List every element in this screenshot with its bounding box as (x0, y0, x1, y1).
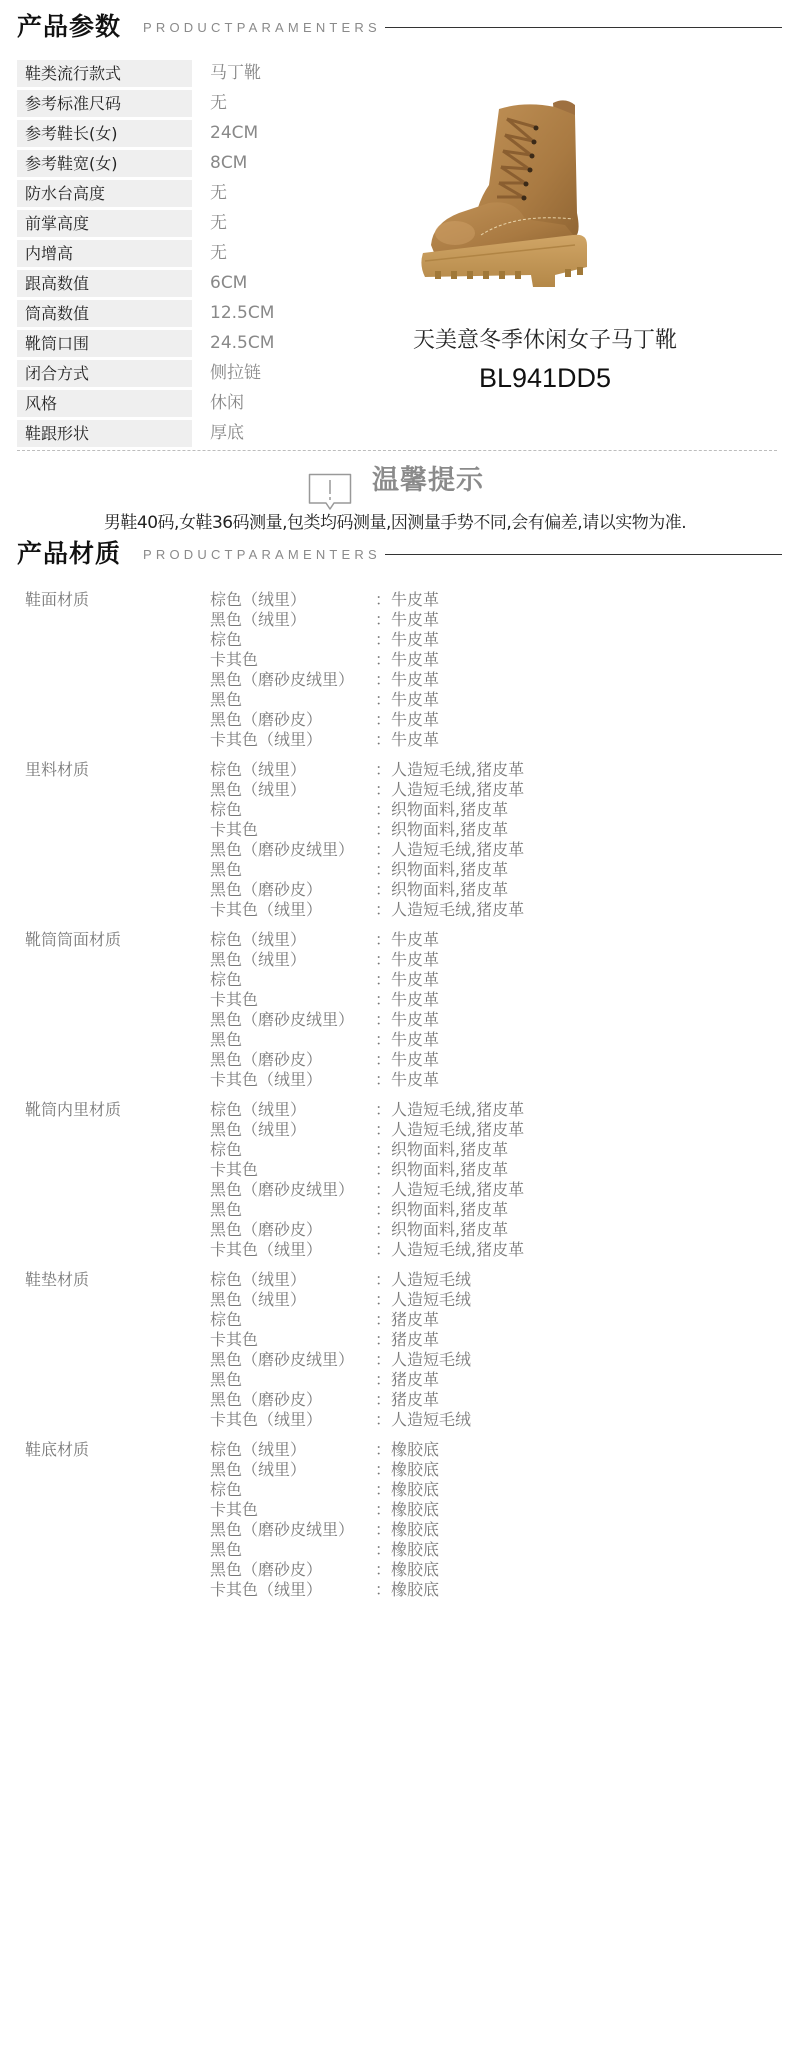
material-group: 鞋面材质棕色（绒里）：牛皮革黑色（绒里）：牛皮革棕色：牛皮革卡其色：牛皮革黑色（… (25, 590, 765, 760)
material-line: 黑色（绒里）：牛皮革 (210, 950, 439, 970)
param-label: 闭合方式 (17, 360, 192, 387)
material-line: 卡其色（绒里）：牛皮革 (210, 730, 439, 750)
material-lines: 棕色（绒里）：人造短毛绒黑色（绒里）：人造短毛绒棕色：猪皮革卡其色：猪皮革黑色（… (210, 1270, 471, 1440)
material-value: ：织物面料,猪皮革 (375, 820, 508, 840)
material-color: 黑色 (210, 690, 375, 710)
exclamation-speech-bubble-icon (308, 473, 352, 511)
material-group: 里料材质棕色（绒里）：人造短毛绒,猪皮革黑色（绒里）：人造短毛绒,猪皮革棕色：织… (25, 760, 765, 930)
material-color: 黑色 (210, 860, 375, 880)
material-value: ：橡胶底 (375, 1500, 439, 1520)
material-color: 卡其色 (210, 1500, 375, 1520)
material-line: 黑色：牛皮革 (210, 1030, 439, 1050)
material-value: ：牛皮革 (375, 1070, 439, 1090)
material-value: ：人造短毛绒,猪皮革 (375, 1100, 524, 1120)
material-group: 靴筒筒面材质棕色（绒里）：牛皮革黑色（绒里）：牛皮革棕色：牛皮革卡其色：牛皮革黑… (25, 930, 765, 1100)
param-value: 12.5CM (192, 300, 274, 327)
material-color: 卡其色 (210, 990, 375, 1010)
param-row: 参考标准尺码无 (17, 90, 417, 117)
materials-section-title: 产品材质 (17, 539, 121, 569)
param-label: 参考鞋宽(女) (17, 150, 192, 177)
header-rule (385, 27, 782, 28)
material-value: ：织物面料,猪皮革 (375, 1220, 508, 1240)
material-color: 黑色（磨砂皮绒里） (210, 1350, 375, 1370)
material-value: ：人造短毛绒,猪皮革 (375, 780, 524, 800)
material-line: 黑色（磨砂皮）：猪皮革 (210, 1390, 471, 1410)
material-line: 黑色（磨砂皮）：织物面料,猪皮革 (210, 880, 524, 900)
material-group: 靴筒内里材质棕色（绒里）：人造短毛绒,猪皮革黑色（绒里）：人造短毛绒,猪皮革棕色… (25, 1100, 765, 1270)
material-value: ：牛皮革 (375, 970, 439, 990)
material-line: 黑色：织物面料,猪皮革 (210, 860, 524, 880)
material-color: 棕色 (210, 1140, 375, 1160)
material-value: ：人造短毛绒,猪皮革 (375, 1240, 524, 1260)
material-line: 卡其色（绒里）：橡胶底 (210, 1580, 439, 1600)
material-color: 黑色（磨砂皮） (210, 1390, 375, 1410)
material-color: 棕色（绒里） (210, 590, 375, 610)
material-value: ：织物面料,猪皮革 (375, 1200, 508, 1220)
material-color: 卡其色 (210, 650, 375, 670)
material-color: 棕色（绒里） (210, 1270, 375, 1290)
material-value: ：橡胶底 (375, 1580, 439, 1600)
material-color: 黑色（绒里） (210, 780, 375, 800)
material-line: 卡其色：牛皮革 (210, 990, 439, 1010)
material-line: 黑色（磨砂皮绒里）：人造短毛绒,猪皮革 (210, 840, 524, 860)
material-line: 黑色（磨砂皮）：橡胶底 (210, 1560, 439, 1580)
param-label: 鞋类流行款式 (17, 60, 192, 87)
param-row: 参考鞋宽(女)8CM (17, 150, 417, 177)
material-line: 棕色（绒里）：橡胶底 (210, 1440, 439, 1460)
material-value: ：猪皮革 (375, 1310, 439, 1330)
material-value: ：橡胶底 (375, 1480, 439, 1500)
param-value: 休闲 (192, 390, 244, 417)
param-label: 内增高 (17, 240, 192, 267)
material-color: 黑色（绒里） (210, 610, 375, 630)
material-color: 棕色（绒里） (210, 1440, 375, 1460)
material-value: ：牛皮革 (375, 1030, 439, 1050)
param-row: 闭合方式侧拉链 (17, 360, 417, 387)
material-name: 靴筒内里材质 (25, 1100, 210, 1270)
material-color: 棕色（绒里） (210, 930, 375, 950)
material-value: ：织物面料,猪皮革 (375, 1140, 508, 1160)
params-section-title: 产品参数 (17, 12, 121, 42)
material-value: ：织物面料,猪皮革 (375, 1160, 508, 1180)
material-value: ：人造短毛绒 (375, 1350, 471, 1370)
material-line: 黑色（磨砂皮绒里）：橡胶底 (210, 1520, 439, 1540)
param-value: 无 (192, 240, 227, 267)
param-row: 防水台高度无 (17, 180, 417, 207)
material-line: 卡其色（绒里）：人造短毛绒,猪皮革 (210, 1240, 524, 1260)
material-color: 黑色（绒里） (210, 1120, 375, 1140)
material-line: 棕色（绒里）：牛皮革 (210, 590, 439, 610)
material-name: 靴筒筒面材质 (25, 930, 210, 1100)
param-row: 鞋类流行款式马丁靴 (17, 60, 417, 87)
material-name: 鞋面材质 (25, 590, 210, 760)
material-line: 黑色（绒里）：牛皮革 (210, 610, 439, 630)
boot-product-image (415, 95, 615, 290)
material-value: ：牛皮革 (375, 950, 439, 970)
material-color: 卡其色（绒里） (210, 1410, 375, 1430)
material-group: 鞋垫材质棕色（绒里）：人造短毛绒黑色（绒里）：人造短毛绒棕色：猪皮革卡其色：猪皮… (25, 1270, 765, 1440)
material-color: 黑色 (210, 1030, 375, 1050)
material-line: 棕色：牛皮革 (210, 630, 439, 650)
material-value: ：牛皮革 (375, 990, 439, 1010)
material-lines: 棕色（绒里）：人造短毛绒,猪皮革黑色（绒里）：人造短毛绒,猪皮革棕色：织物面料,… (210, 760, 524, 930)
param-value: 6CM (192, 270, 247, 297)
material-line: 卡其色（绒里）：牛皮革 (210, 1070, 439, 1090)
material-line: 卡其色（绒里）：人造短毛绒,猪皮革 (210, 900, 524, 920)
material-color: 黑色（磨砂皮） (210, 1050, 375, 1070)
param-value: 无 (192, 180, 227, 207)
param-value: 侧拉链 (192, 360, 261, 387)
material-line: 卡其色：猪皮革 (210, 1330, 471, 1350)
material-line: 黑色（绒里）：人造短毛绒,猪皮革 (210, 1120, 524, 1140)
material-color: 棕色 (210, 1310, 375, 1330)
material-color: 卡其色（绒里） (210, 730, 375, 750)
material-color: 棕色 (210, 1480, 375, 1500)
material-value: ：牛皮革 (375, 930, 439, 950)
material-line: 黑色：织物面料,猪皮革 (210, 1200, 524, 1220)
material-value: ：牛皮革 (375, 1010, 439, 1030)
material-value: ：织物面料,猪皮革 (375, 860, 508, 880)
param-label: 参考标准尺码 (17, 90, 192, 117)
material-value: ：人造短毛绒,猪皮革 (375, 840, 524, 860)
material-line: 黑色（绒里）：橡胶底 (210, 1460, 439, 1480)
material-value: ：织物面料,猪皮革 (375, 880, 508, 900)
material-color: 卡其色 (210, 1160, 375, 1180)
material-value: ：牛皮革 (375, 710, 439, 730)
material-value: ：橡胶底 (375, 1440, 439, 1460)
material-value: ：牛皮革 (375, 1050, 439, 1070)
material-color: 棕色（绒里） (210, 1100, 375, 1120)
param-row: 靴筒口围24.5CM (17, 330, 417, 357)
header-rule (385, 554, 782, 555)
dashed-divider (17, 450, 777, 451)
material-line: 黑色（磨砂皮）：牛皮革 (210, 1050, 439, 1070)
param-row: 筒高数值12.5CM (17, 300, 417, 327)
param-row: 风格休闲 (17, 390, 417, 417)
material-line: 棕色：橡胶底 (210, 1480, 439, 1500)
tip-title: 温馨提示 (372, 458, 484, 497)
material-line: 卡其色：牛皮革 (210, 650, 439, 670)
material-color: 棕色 (210, 970, 375, 990)
material-name: 鞋垫材质 (25, 1270, 210, 1440)
material-color: 黑色（磨砂皮） (210, 710, 375, 730)
material-lines: 棕色（绒里）：橡胶底黑色（绒里）：橡胶底棕色：橡胶底卡其色：橡胶底黑色（磨砂皮绒… (210, 1440, 439, 1610)
material-name: 鞋底材质 (25, 1440, 210, 1610)
materials-section-header: 产品材质 PRODUCTPARAMENTERS (17, 539, 782, 569)
param-label: 风格 (17, 390, 192, 417)
param-value: 24.5CM (192, 330, 274, 357)
material-line: 黑色（绒里）：人造短毛绒 (210, 1290, 471, 1310)
material-color: 黑色（磨砂皮绒里） (210, 1180, 375, 1200)
material-line: 卡其色：织物面料,猪皮革 (210, 820, 524, 840)
material-line: 黑色（磨砂皮绒里）：人造短毛绒 (210, 1350, 471, 1370)
material-line: 黑色（磨砂皮绒里）：人造短毛绒,猪皮革 (210, 1180, 524, 1200)
params-table: 鞋类流行款式马丁靴 参考标准尺码无 参考鞋长(女)24CM 参考鞋宽(女)8CM… (17, 60, 417, 450)
material-value: ：人造短毛绒 (375, 1410, 471, 1430)
material-line: 黑色（磨砂皮绒里）：牛皮革 (210, 1010, 439, 1030)
material-color: 卡其色（绒里） (210, 1580, 375, 1600)
material-value: ：人造短毛绒,猪皮革 (375, 900, 524, 920)
material-value: ：牛皮革 (375, 730, 439, 750)
param-label: 筒高数值 (17, 300, 192, 327)
material-color: 黑色（绒里） (210, 950, 375, 970)
material-color: 黑色（磨砂皮绒里） (210, 670, 375, 690)
material-value: ：牛皮革 (375, 650, 439, 670)
param-row: 内增高无 (17, 240, 417, 267)
material-line: 卡其色：织物面料,猪皮革 (210, 1160, 524, 1180)
material-color: 黑色（磨砂皮绒里） (210, 840, 375, 860)
material-color: 卡其色（绒里） (210, 1240, 375, 1260)
material-line: 棕色（绒里）：人造短毛绒 (210, 1270, 471, 1290)
param-label: 靴筒口围 (17, 330, 192, 357)
material-color: 卡其色 (210, 820, 375, 840)
material-line: 黑色（磨砂皮）：织物面料,猪皮革 (210, 1220, 524, 1240)
params-section-header: 产品参数 PRODUCTPARAMENTERS (17, 12, 782, 42)
param-value: 8CM (192, 150, 247, 177)
material-line: 棕色（绒里）：牛皮革 (210, 930, 439, 950)
material-color: 黑色 (210, 1540, 375, 1560)
material-color: 黑色（绒里） (210, 1290, 375, 1310)
material-color: 黑色（磨砂皮） (210, 1560, 375, 1580)
material-color: 棕色 (210, 630, 375, 650)
material-value: ：橡胶底 (375, 1460, 439, 1480)
param-value: 无 (192, 210, 227, 237)
material-value: ：橡胶底 (375, 1540, 439, 1560)
material-value: ：橡胶底 (375, 1520, 439, 1540)
param-value: 无 (192, 90, 227, 117)
materials-section-subtitle: PRODUCTPARAMENTERS (143, 547, 381, 562)
material-color: 卡其色（绒里） (210, 1070, 375, 1090)
material-line: 黑色（磨砂皮）：牛皮革 (210, 710, 439, 730)
material-color: 黑色（磨砂皮） (210, 880, 375, 900)
material-value: ：人造短毛绒 (375, 1290, 471, 1310)
material-color: 黑色 (210, 1370, 375, 1390)
material-color: 黑色（磨砂皮绒里） (210, 1520, 375, 1540)
material-line: 棕色：牛皮革 (210, 970, 439, 990)
material-value: ：猪皮革 (375, 1330, 439, 1350)
material-line: 卡其色（绒里）：人造短毛绒 (210, 1410, 471, 1430)
material-value: ：牛皮革 (375, 690, 439, 710)
material-value: ：人造短毛绒,猪皮革 (375, 1120, 524, 1140)
material-value: ：人造短毛绒,猪皮革 (375, 760, 524, 780)
material-value: ：猪皮革 (375, 1390, 439, 1410)
material-color: 黑色（磨砂皮绒里） (210, 1010, 375, 1030)
material-line: 黑色（磨砂皮绒里）：牛皮革 (210, 670, 439, 690)
material-value: ：织物面料,猪皮革 (375, 800, 508, 820)
material-line: 棕色（绒里）：人造短毛绒,猪皮革 (210, 760, 524, 780)
material-color: 棕色 (210, 800, 375, 820)
material-value: ：牛皮革 (375, 630, 439, 650)
material-value: ：人造短毛绒,猪皮革 (375, 1180, 524, 1200)
param-row: 参考鞋长(女)24CM (17, 120, 417, 147)
material-line: 黑色：猪皮革 (210, 1370, 471, 1390)
material-color: 卡其色 (210, 1330, 375, 1350)
param-row: 前掌高度无 (17, 210, 417, 237)
product-name: 天美意冬季休闲女子马丁靴 (395, 323, 695, 354)
material-value: ：牛皮革 (375, 610, 439, 630)
tip-text: 男鞋40码,女鞋36码测量,包类均码测量,因测量手势不同,会有偏差,请以实物为准… (0, 508, 790, 533)
material-line: 黑色（绒里）：人造短毛绒,猪皮革 (210, 780, 524, 800)
material-color: 棕色（绒里） (210, 760, 375, 780)
material-name: 里料材质 (25, 760, 210, 930)
material-line: 棕色：织物面料,猪皮革 (210, 800, 524, 820)
material-value: ：牛皮革 (375, 670, 439, 690)
material-line: 棕色：猪皮革 (210, 1310, 471, 1330)
params-section-subtitle: PRODUCTPARAMENTERS (143, 20, 381, 35)
param-row: 鞋跟形状厚底 (17, 420, 417, 447)
param-label: 防水台高度 (17, 180, 192, 207)
material-value: ：猪皮革 (375, 1370, 439, 1390)
material-line: 棕色（绒里）：人造短毛绒,猪皮革 (210, 1100, 524, 1120)
material-value: ：牛皮革 (375, 590, 439, 610)
param-label: 跟高数值 (17, 270, 192, 297)
product-code: BL941DD5 (395, 363, 695, 394)
material-color: 黑色（磨砂皮） (210, 1220, 375, 1240)
material-color: 卡其色（绒里） (210, 900, 375, 920)
param-row: 跟高数值6CM (17, 270, 417, 297)
material-group: 鞋底材质棕色（绒里）：橡胶底黑色（绒里）：橡胶底棕色：橡胶底卡其色：橡胶底黑色（… (25, 1440, 765, 1610)
material-value: ：人造短毛绒 (375, 1270, 471, 1290)
param-label: 前掌高度 (17, 210, 192, 237)
param-value: 厚底 (192, 420, 244, 447)
material-lines: 棕色（绒里）：人造短毛绒,猪皮革黑色（绒里）：人造短毛绒,猪皮革棕色：织物面料,… (210, 1100, 524, 1270)
materials-list: 鞋面材质棕色（绒里）：牛皮革黑色（绒里）：牛皮革棕色：牛皮革卡其色：牛皮革黑色（… (25, 590, 765, 1610)
warm-tip: 温馨提示 (308, 458, 508, 508)
param-value: 马丁靴 (192, 60, 261, 87)
param-label: 参考鞋长(女) (17, 120, 192, 147)
material-lines: 棕色（绒里）：牛皮革黑色（绒里）：牛皮革棕色：牛皮革卡其色：牛皮革黑色（磨砂皮绒… (210, 930, 439, 1100)
material-line: 黑色：牛皮革 (210, 690, 439, 710)
material-line: 棕色：织物面料,猪皮革 (210, 1140, 524, 1160)
material-color: 黑色 (210, 1200, 375, 1220)
material-lines: 棕色（绒里）：牛皮革黑色（绒里）：牛皮革棕色：牛皮革卡其色：牛皮革黑色（磨砂皮绒… (210, 590, 439, 760)
material-line: 黑色：橡胶底 (210, 1540, 439, 1560)
material-value: ：橡胶底 (375, 1560, 439, 1580)
material-color: 黑色（绒里） (210, 1460, 375, 1480)
param-label: 鞋跟形状 (17, 420, 192, 447)
param-value: 24CM (192, 120, 258, 147)
material-line: 卡其色：橡胶底 (210, 1500, 439, 1520)
